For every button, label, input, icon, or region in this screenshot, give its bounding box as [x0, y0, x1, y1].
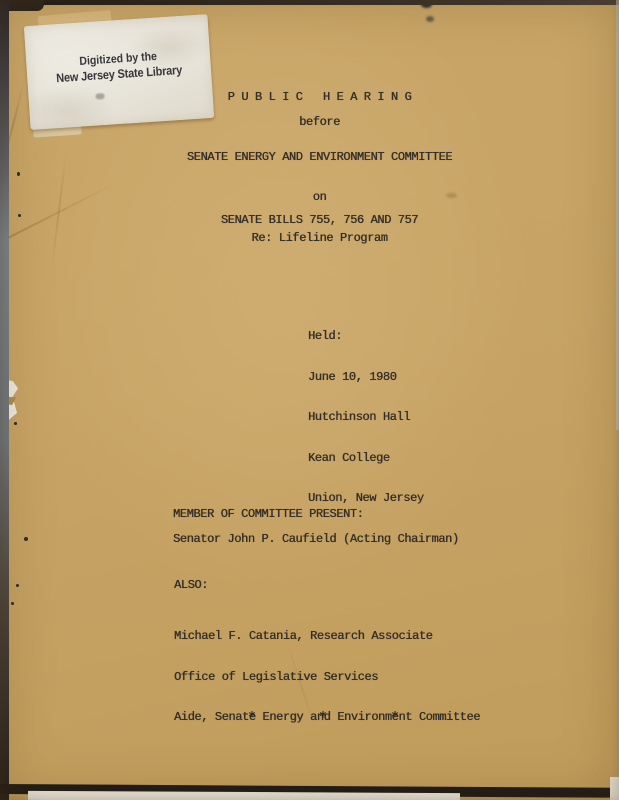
held-venue: Hutchinson Hall: [308, 411, 424, 424]
scanned-document-page: Digitized by the New Jersey State Librar…: [0, 0, 619, 800]
held-city: Union, New Jersey: [308, 492, 424, 505]
also-line: Office of Legislative Services: [174, 671, 480, 684]
held-date: June 10, 1980: [308, 371, 424, 384]
also-line: Michael F. Catania, Research Associate: [174, 630, 480, 643]
scan-edge-top: [0, 0, 619, 5]
scanner-bed-corner: [610, 777, 619, 800]
scan-edge-left: [0, 0, 9, 800]
asterisk: *: [388, 710, 402, 725]
binding-speck: [14, 422, 17, 425]
on-label: on: [10, 190, 619, 204]
also-heading: ALSO:: [174, 578, 208, 592]
asterisk: *: [316, 710, 330, 725]
event-details-block: Held: June 10, 1980 Hutchinson Hall Kean…: [308, 302, 424, 533]
before-label: before: [10, 115, 619, 129]
committee-name: SENATE ENERGY AND ENVIRONMENT COMMITTEE: [10, 150, 619, 164]
asterisk: *: [245, 710, 259, 725]
hearing-title: P U B L I C H E A R I N G: [10, 90, 619, 104]
members-heading: MEMBER OF COMMITTEE PRESENT:: [173, 507, 363, 521]
held-college: Kean College: [308, 452, 424, 465]
pen-mark: [426, 16, 434, 22]
binding-speck: [24, 537, 28, 541]
digitized-sticker: Digitized by the New Jersey State Librar…: [24, 14, 214, 130]
binding-speck: [16, 584, 19, 587]
member-name: Senator John P. Caufield (Acting Chairma…: [173, 532, 459, 546]
scanner-bed-strip: [28, 791, 460, 800]
re-line: Re: Lifeline Program: [10, 231, 619, 245]
paper-crease: [51, 150, 67, 269]
binding-speck: [11, 602, 14, 605]
also-lines-block: Michael F. Catania, Research Associate O…: [174, 602, 480, 752]
bills-line: SENATE BILLS 755, 756 AND 757: [10, 213, 619, 227]
held-label: Held:: [308, 330, 424, 343]
binding-speck: [17, 172, 20, 176]
